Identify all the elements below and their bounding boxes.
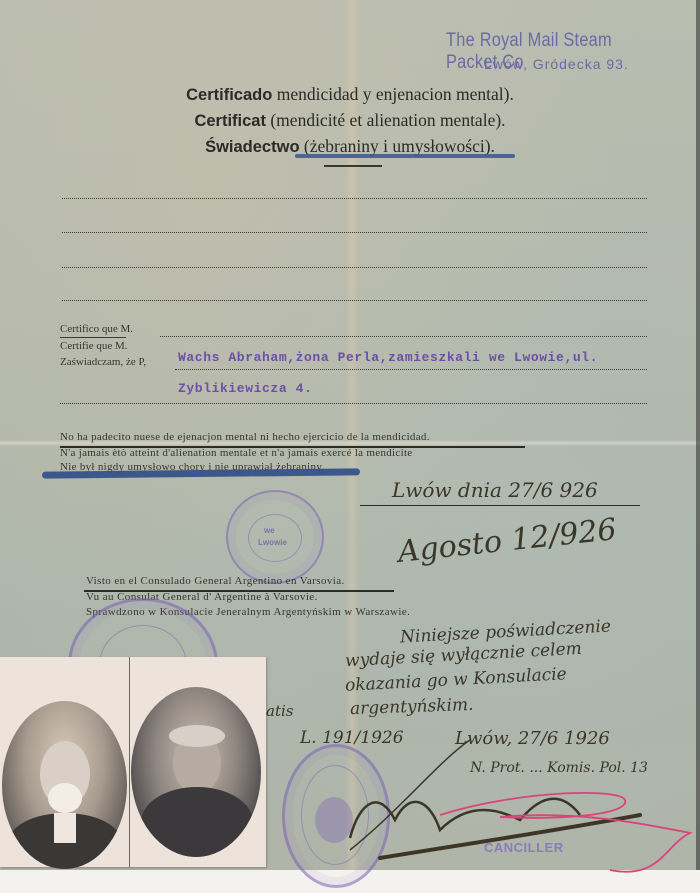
consulate-visto-es: Visto en el Consulado General Argentino … bbox=[86, 575, 345, 587]
argentine-consulate-seal bbox=[282, 744, 390, 888]
typed-names: Wachs Abraham,żona Perla,zamieszkali we … bbox=[178, 350, 598, 365]
photo-man bbox=[2, 701, 127, 869]
entry-line bbox=[160, 336, 647, 337]
declaration-spanish: No ha padecito nuese de ejenacjon mental… bbox=[60, 431, 430, 443]
coat-of-arms-icon bbox=[315, 797, 353, 843]
registry-reference: N. Prot. ... Komis. Pol. 13 bbox=[470, 760, 648, 776]
blue-pencil-underline bbox=[295, 154, 515, 158]
typed-address: Zyblikiewicza 4. bbox=[178, 381, 312, 396]
title-spanish: Certificado mendicidad y enjenacion ment… bbox=[0, 82, 700, 108]
date-rule bbox=[360, 505, 640, 506]
title-rule bbox=[324, 165, 382, 167]
label-certifico: Certifico que M. bbox=[60, 323, 133, 335]
certificate-title: Certificado mendicidad y enjenacion ment… bbox=[0, 82, 700, 160]
registry-number: L. 191/1926 bbox=[300, 728, 404, 748]
label-zaswiadczam: Zaświadczam, że P, bbox=[60, 356, 146, 368]
hair bbox=[169, 725, 225, 747]
entry-line bbox=[60, 403, 647, 404]
beard bbox=[48, 783, 82, 813]
blank-line bbox=[62, 300, 647, 301]
declaration-french: N'a jamais ètò atteint d'alienation ment… bbox=[60, 447, 413, 459]
photo-woman bbox=[131, 687, 261, 857]
photo-card bbox=[0, 657, 266, 867]
entry-line bbox=[175, 369, 647, 370]
issuer-round-stamp: we Lwowie bbox=[226, 490, 324, 584]
blank-line bbox=[62, 267, 647, 268]
title-french: Certificat (mendicité et alienation ment… bbox=[0, 108, 700, 134]
photo-note-handwritten: atis bbox=[266, 702, 293, 720]
blank-line bbox=[62, 198, 647, 199]
company-stamp-address: Lwów, Gródecka 93. bbox=[484, 56, 629, 72]
label-certifie: Certifie que M. bbox=[60, 340, 128, 352]
place-date-2: Lwów, 27/6 1926 bbox=[455, 728, 610, 749]
place-date-handwritten: Lwów dnia 27/6 926 bbox=[392, 478, 598, 502]
photo-divider bbox=[129, 657, 130, 867]
cancilleria-stamp: CANCILLER bbox=[484, 840, 564, 855]
label-rule bbox=[60, 337, 126, 338]
blank-line bbox=[62, 232, 647, 233]
